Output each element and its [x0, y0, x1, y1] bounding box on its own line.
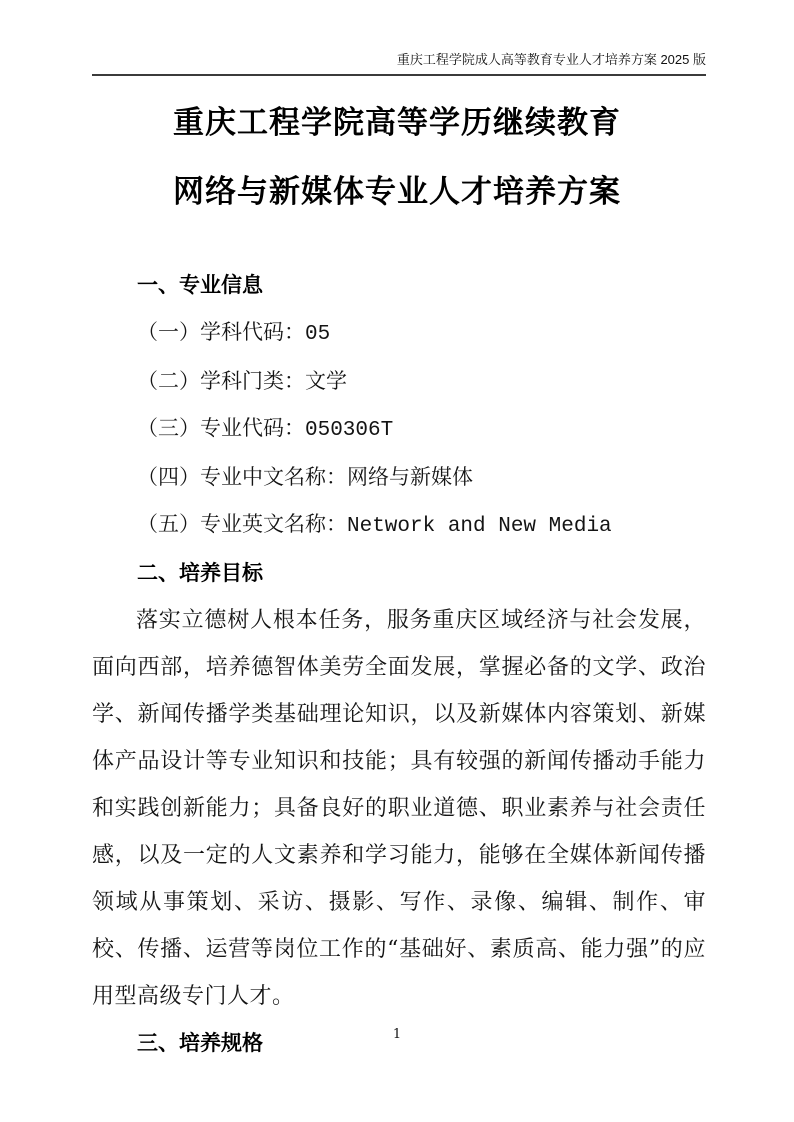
info-item-value: Network and New Media — [347, 515, 612, 538]
info-item-major-name-cn: （四）专业中文名称：网络与新媒体 — [92, 454, 706, 501]
info-item-major-name-en: （五）专业英文名称：Network and New Media — [92, 501, 706, 550]
section-heading-professional-info: 一、专业信息 — [92, 262, 706, 309]
info-item-value: 文学 — [305, 369, 347, 393]
training-objectives-paragraph: 落实立德树人根本任务，服务重庆区域经济与社会发展，面向西部，培养德智体美劳全面发… — [92, 597, 706, 1020]
info-item-value: 050306T — [305, 419, 393, 442]
info-item-discipline-code: （一）学科代码：05 — [92, 309, 706, 358]
document-page: 重庆工程学院成人高等教育专业人才培养方案 2025 版 重庆工程学院高等学历继续… — [0, 0, 794, 1122]
doc-title-line-1: 重庆工程学院高等学历继续教育 — [0, 97, 794, 142]
info-item-major-code: （三）专业代码：050306T — [92, 405, 706, 454]
header-text: 重庆工程学院成人高等教育专业人才培养方案 2025 版 — [397, 52, 706, 67]
info-item-label: （三）专业代码： — [137, 416, 305, 440]
section-heading-training-objectives: 二、培养目标 — [92, 550, 706, 597]
info-item-label: （四）专业中文名称： — [137, 465, 347, 489]
info-item-discipline-category: （二）学科门类：文学 — [92, 358, 706, 405]
info-item-label: （一）学科代码： — [137, 320, 305, 344]
document-body: 一、专业信息 （一）学科代码：05 （二）学科门类：文学 （三）专业代码：050… — [92, 262, 706, 1067]
info-item-label: （二）学科门类： — [137, 369, 305, 393]
doc-title-line-2: 网络与新媒体专业人才培养方案 — [0, 166, 794, 211]
info-item-value: 05 — [305, 323, 330, 346]
page-footer: 1 — [0, 1026, 794, 1044]
info-item-value: 网络与新媒体 — [347, 465, 473, 489]
page-number: 1 — [393, 1027, 401, 1042]
info-item-label: （五）专业英文名称： — [137, 512, 347, 536]
page-header: 重庆工程学院成人高等教育专业人才培养方案 2025 版 — [92, 50, 706, 76]
